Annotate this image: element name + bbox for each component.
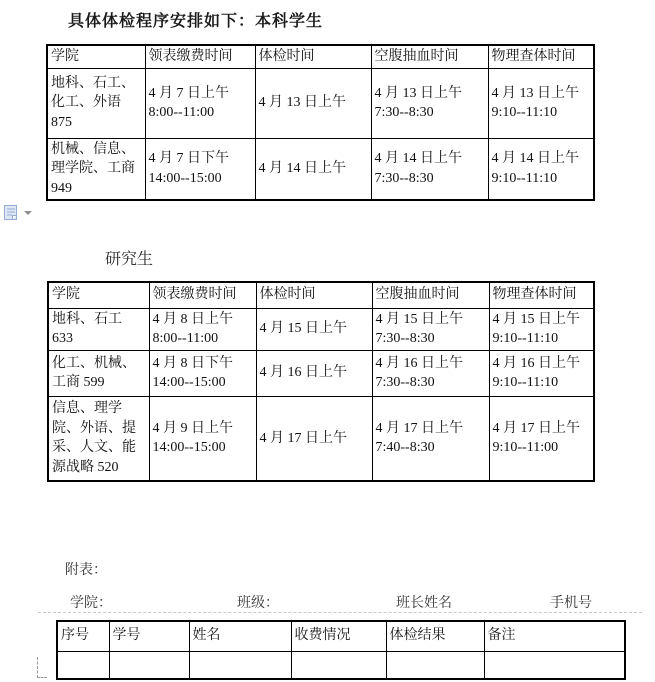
table-cell: 4 月 14 日上午 9:10--11:10	[488, 138, 594, 200]
header-cell: 学院	[48, 282, 149, 308]
paste-options-icon[interactable]	[1, 203, 33, 223]
table-cell: 4 月 17 日上午 9:10--11:00	[489, 396, 594, 481]
table-row: 化工、机械、工商 599 4 月 8 日下午 14:00--15:00 4 月 …	[48, 350, 594, 396]
header-cell: 空腹抽血时间	[371, 45, 488, 68]
table-cell: 4 月 13 日上午 7:30--8:30	[371, 68, 488, 138]
empty-cell	[386, 651, 484, 679]
empty-cell	[291, 651, 386, 679]
table-cell: 4 月 16 日上午 9:10--11:10	[489, 350, 594, 396]
table-row	[57, 651, 625, 679]
table-cell: 机械、信息、理学院、工商949	[47, 138, 145, 200]
phone-label: 手机号	[550, 592, 592, 612]
dropdown-arrow-icon	[24, 211, 32, 215]
header-cell: 物理查体时间	[489, 282, 594, 308]
empty-cell	[484, 651, 625, 679]
header-cell: 学号	[109, 621, 189, 651]
header-cell: 空腹抽血时间	[372, 282, 489, 308]
table-cell: 地科、石工、化工、外语875	[47, 68, 145, 138]
header-cell: 姓名	[189, 621, 291, 651]
undergrad-schedule-table: 学院 领表缴费时间 体检时间 空腹抽血时间 物理查体时间 地科、石工、化工、外语…	[46, 44, 595, 201]
empty-cell	[189, 651, 291, 679]
clipboard-icon	[2, 204, 20, 222]
college-label: 学院：	[70, 592, 112, 612]
header-cell: 收费情况	[291, 621, 386, 651]
section-title-grad: 研究生	[105, 246, 153, 269]
header-cell: 体检时间	[256, 282, 372, 308]
table-cell: 4 月 13 日上午	[255, 68, 371, 138]
table-cell: 4 月 9 日上午 14:00--15:00	[149, 396, 256, 481]
monitor-name-label: 班长姓名	[396, 592, 452, 612]
document-page: 具体体检程序安排如下：本科学生 学院 领表缴费时间 体检时间 空腹抽血时间 物理…	[0, 0, 655, 682]
header-cell: 体检结果	[386, 621, 484, 651]
table-cell: 4 月 15 日上午 9:10--11:10	[489, 308, 594, 350]
table-header-row: 序号 学号 姓名 收费情况 体检结果 备注	[57, 621, 625, 651]
table-cell: 4 月 17 日上午 7:40--8:30	[372, 396, 489, 481]
header-cell: 体检时间	[255, 45, 371, 68]
empty-cell	[109, 651, 189, 679]
table-cell: 4 月 8 日上午 8:00--11:00	[149, 308, 256, 350]
table-cell: 4 月 16 日上午	[256, 350, 372, 396]
table-row: 地科、石工、化工、外语875 4 月 7 日上午 8:00--11:00 4 月…	[47, 68, 594, 138]
table-cell: 4 月 15 日上午	[256, 308, 372, 350]
section-title-undergrad: 具体体检程序安排如下：本科学生	[68, 8, 323, 31]
table-cell: 4 月 13 日上午 9:10--11:10	[488, 68, 594, 138]
table-row: 信息、理学院、外语、提采、人文、能源战略 520 4 月 9 日上午 14:00…	[48, 396, 594, 481]
table-cell: 信息、理学院、外语、提采、人文、能源战略 520	[48, 396, 149, 481]
header-cell: 领表缴费时间	[145, 45, 255, 68]
appendix-label: 附表：	[65, 559, 107, 579]
table-header-row: 学院 领表缴费时间 体检时间 空腹抽血时间 物理查体时间	[47, 45, 594, 68]
table-cell: 4 月 14 日上午	[255, 138, 371, 200]
table-cell: 4 月 8 日下午 14:00--15:00	[149, 350, 256, 396]
empty-cell	[57, 651, 109, 679]
grad-schedule-table: 学院 领表缴费时间 体检时间 空腹抽血时间 物理查体时间 地科、石工 633 4…	[47, 281, 595, 482]
table-cell: 4 月 7 日下午 14:00--15:00	[145, 138, 255, 200]
faint-gridline	[38, 612, 642, 613]
table-cell: 4 月 16 日上午 7:30--8:30	[372, 350, 489, 396]
table-cell: 化工、机械、工商 599	[48, 350, 149, 396]
class-label: 班级：	[237, 592, 279, 612]
header-cell: 学院	[47, 45, 145, 68]
table-cell: 4 月 14 日上午 7:30--8:30	[371, 138, 488, 200]
table-cell: 4 月 17 日上午	[256, 396, 372, 481]
table-cell: 4 月 7 日上午 8:00--11:00	[145, 68, 255, 138]
table-header-row: 学院 领表缴费时间 体检时间 空腹抽血时间 物理查体时间	[48, 282, 594, 308]
header-cell: 领表缴费时间	[149, 282, 256, 308]
table-row: 地科、石工 633 4 月 8 日上午 8:00--11:00 4 月 15 日…	[48, 308, 594, 350]
header-cell: 序号	[57, 621, 109, 651]
table-row: 机械、信息、理学院、工商949 4 月 7 日下午 14:00--15:00 4…	[47, 138, 594, 200]
roster-table: 序号 学号 姓名 收费情况 体检结果 备注	[56, 620, 626, 680]
table-cell: 地科、石工 633	[48, 308, 149, 350]
header-cell: 物理查体时间	[488, 45, 594, 68]
selection-corner-mark	[37, 657, 47, 678]
header-cell: 备注	[484, 621, 625, 651]
table-cell: 4 月 15 日上午 7:30--8:30	[372, 308, 489, 350]
